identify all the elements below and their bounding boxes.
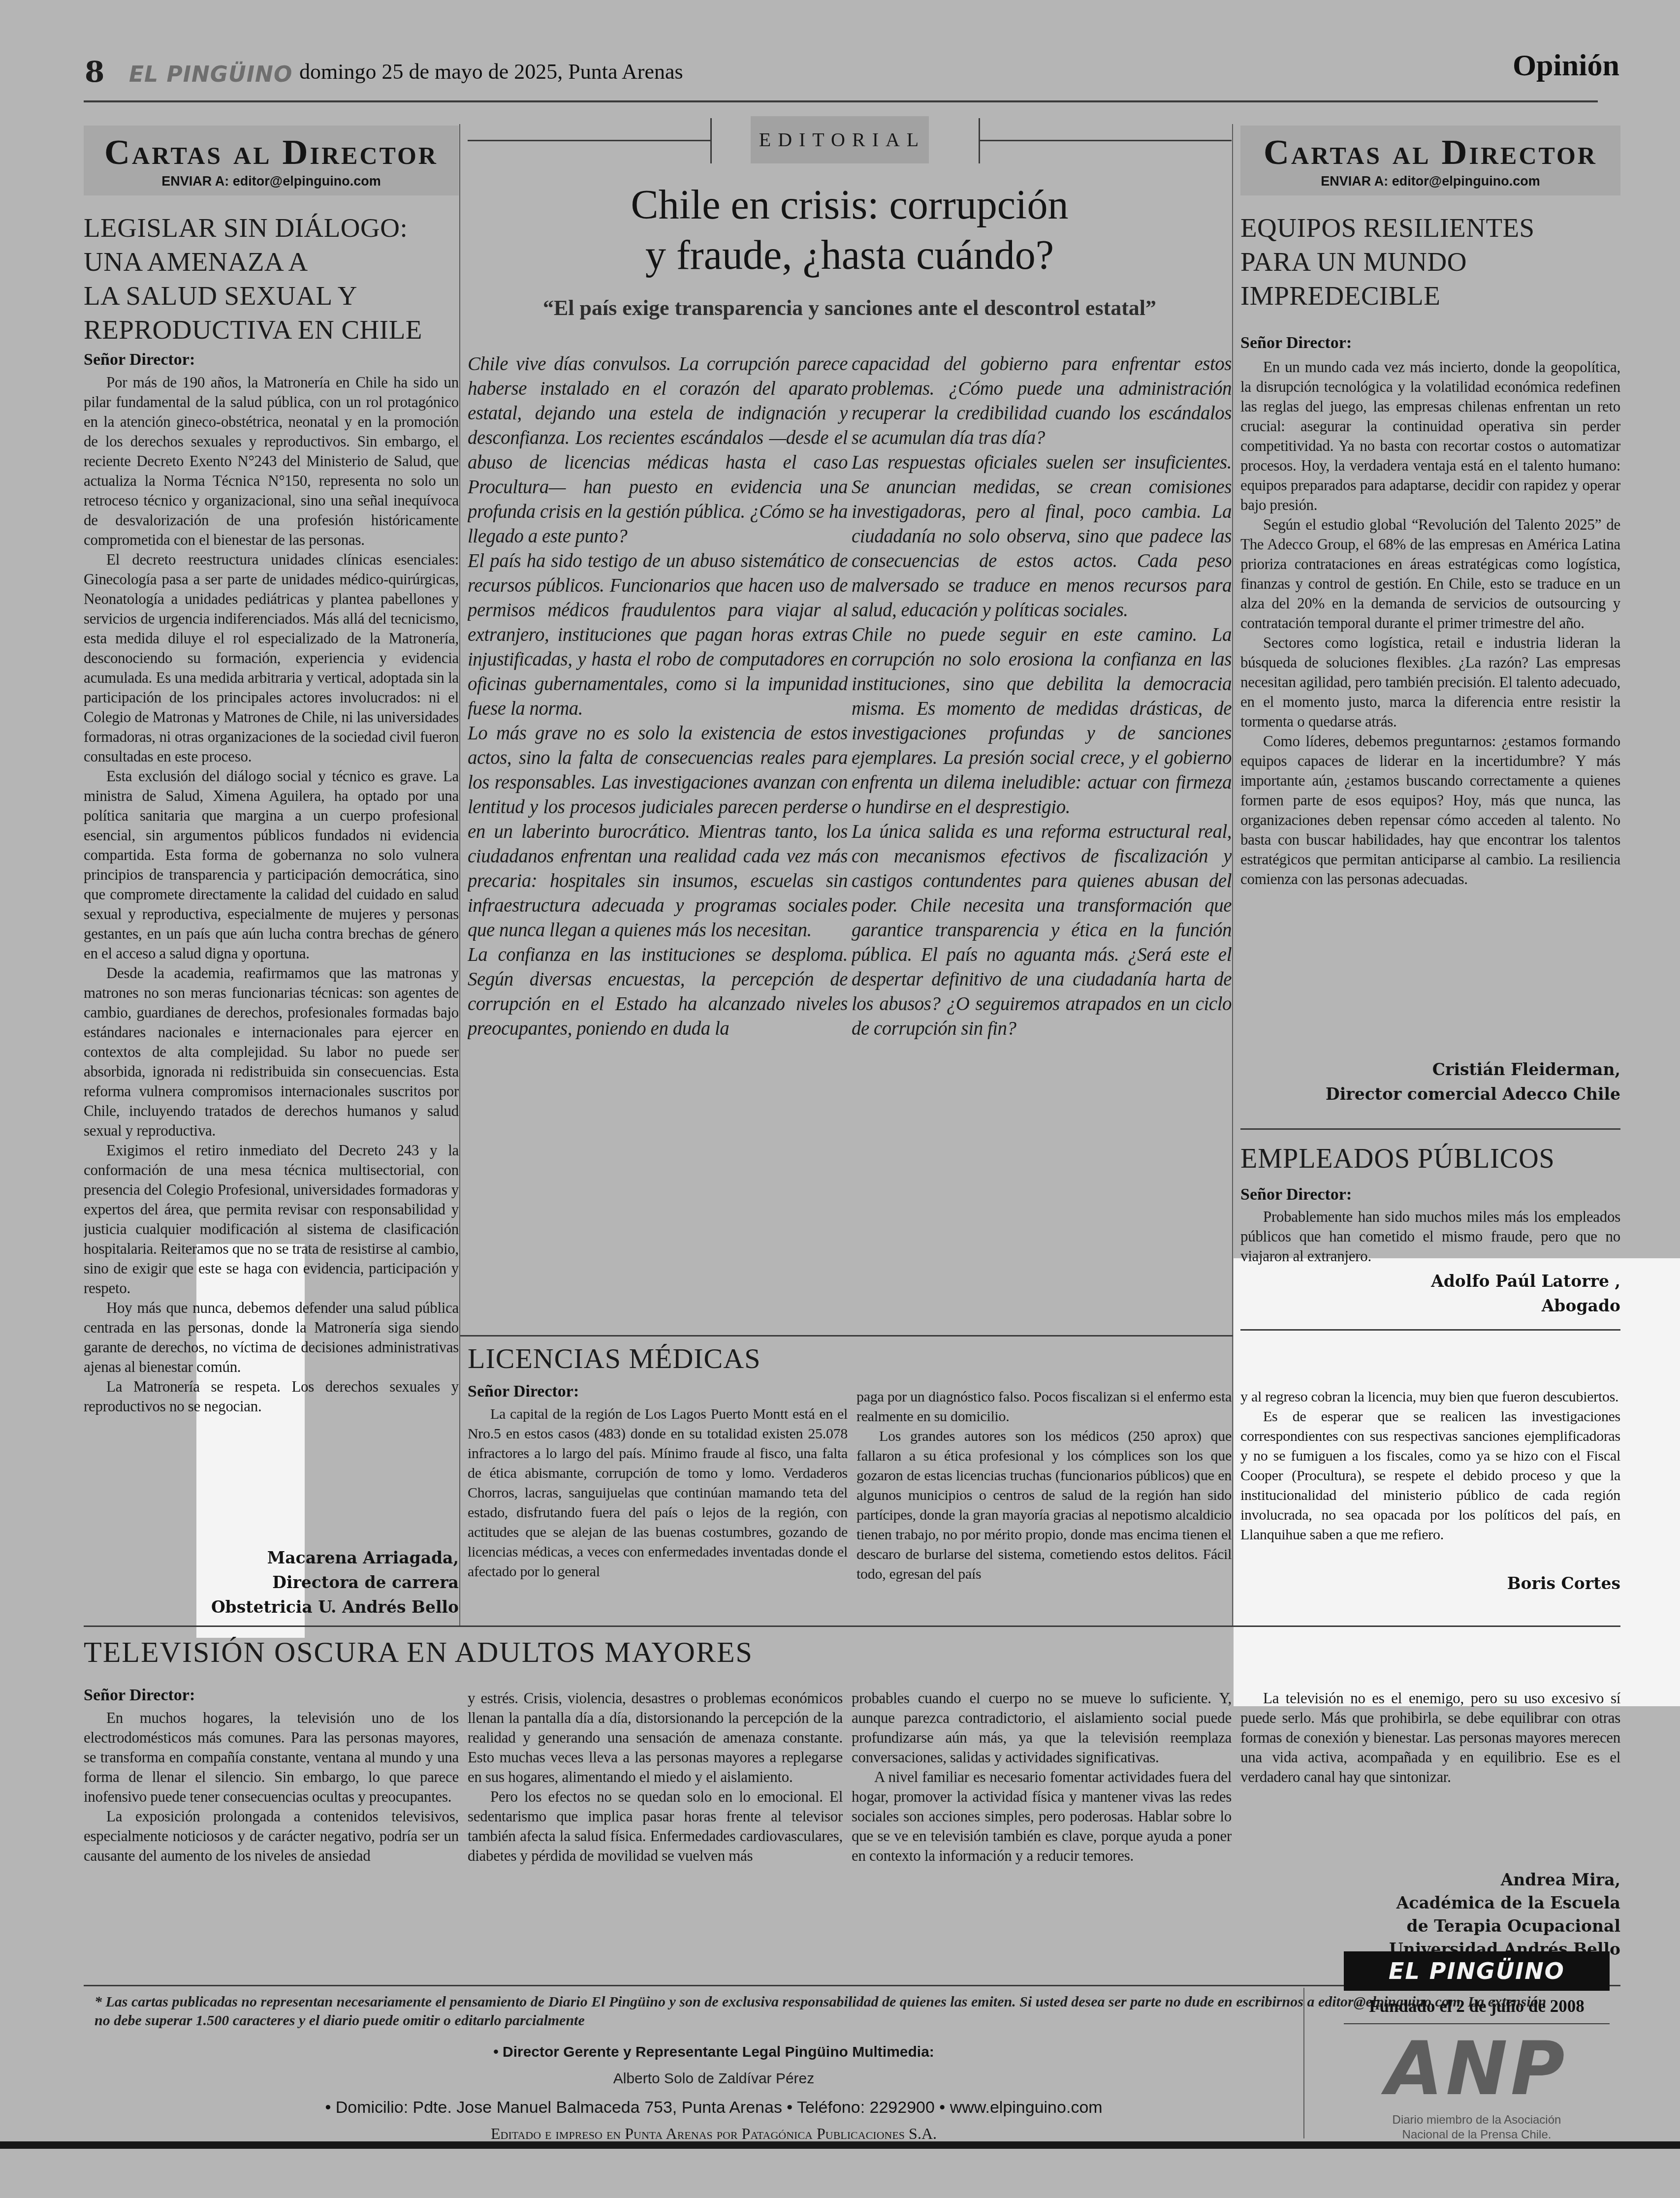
licencias-salutation: Señor Director:: [468, 1382, 579, 1401]
paragraph: Exigimos el retiro inmediato del Decreto…: [84, 1141, 459, 1298]
title-line: IMPREDECIBLE: [1240, 279, 1620, 313]
cartas-panel-left: Cartas al Director ENVIAR A: editor@elpi…: [84, 126, 459, 195]
cartas-title-right: Cartas al Director: [1240, 132, 1620, 172]
column-rule-right: [1232, 124, 1233, 1625]
paragraph: Chile no puede seguir en este camino. La…: [852, 623, 1232, 820]
newspaper-page: 8 EL PINGÜINO domingo 25 de mayo de 2025…: [0, 0, 1680, 2198]
television-column-4: La televisión no es el enemigo, pero su …: [1240, 1688, 1620, 1866]
cartas-title-left: Cartas al Director: [84, 132, 459, 172]
footer-divider: [1303, 1988, 1304, 2138]
licencias-column-1: La capital de la región de Los Lagos Pue…: [468, 1404, 848, 1617]
signature-line: Abogado: [1240, 1294, 1620, 1318]
left-letter-signature: Macarena Arriagada, Directora de carrera…: [84, 1546, 459, 1620]
licencias-column-2: paga por un diagnóstico falso. Pocos fis…: [856, 1387, 1232, 1617]
signature-line: Cristián Fleiderman,: [1240, 1057, 1620, 1082]
paragraph: capacidad del gobierno para enfrentar es…: [852, 352, 1232, 450]
licencias-column-3: y al regreso cobran la licencia, muy bie…: [1240, 1387, 1620, 1569]
paragraph: La Matronería se respeta. Los derechos s…: [84, 1377, 459, 1416]
paragraph: La televisión no es el enemigo, pero su …: [1240, 1688, 1620, 1787]
anp-caption: Diario miembro de la Asociación Nacional…: [1373, 2113, 1580, 2142]
title-line: UNA AMENAZA A: [84, 245, 459, 279]
television-salutation: Señor Director:: [84, 1686, 195, 1705]
editorial-title: Chile en crisis: corrupción y fraude, ¿h…: [468, 180, 1232, 281]
title-line: LEGISLAR SIN DIÁLOGO:: [84, 211, 459, 245]
right-letter-salutation: Señor Director:: [1240, 334, 1352, 352]
editorial-tick-right: [979, 118, 980, 163]
empleados-body: Probablemente han sido muchos miles más …: [1240, 1207, 1620, 1270]
anp-logo: ANP: [1344, 2027, 1610, 2111]
television-title: TELEVISIÓN OSCURA EN ADULTOS MAYORES: [84, 1635, 753, 1669]
empleados-signature: Adolfo Paúl Latorre , Abogado: [1240, 1269, 1620, 1318]
signature-line: Adolfo Paúl Latorre ,: [1240, 1269, 1620, 1294]
title-line: PARA UN MUNDO: [1240, 245, 1620, 279]
paragraph: Según el estudio global “Revolución del …: [1240, 515, 1620, 633]
section-title: Opinión: [1423, 48, 1619, 83]
cartas-panel-right: Cartas al Director ENVIAR A: editor@elpi…: [1240, 126, 1620, 195]
television-signature: Andrea Mira, Académica de la Escuela de …: [1240, 1868, 1620, 1961]
paragraph: Como líderes, debemos preguntarnos: ¿est…: [1240, 732, 1620, 889]
paragraph: Probablemente han sido muchos miles más …: [1240, 1207, 1620, 1266]
paragraph: Esta exclusión del diálogo social y técn…: [84, 766, 459, 963]
paragraph: y estrés. Crisis, violencia, desastres o…: [468, 1688, 843, 1787]
paragraph: Pero los efectos no se quedan solo en lo…: [468, 1787, 843, 1866]
empleados-bottom-rule: [1240, 1329, 1620, 1331]
paragraph: paga por un diagnóstico falso. Pocos fis…: [856, 1387, 1232, 1427]
television-column-3: probables cuando el cuerpo no se mueve l…: [852, 1688, 1232, 1963]
footer-disclaimer: * Las cartas publicadas no representan n…: [95, 1993, 1552, 2030]
footer-director-name: Alberto Solo de Zaldívar Pérez: [148, 2071, 1280, 2087]
editorial-flourish-left: [468, 140, 711, 141]
editorial-bottom-rule: [460, 1335, 1233, 1337]
paragraph: El decreto reestructura unidades clínica…: [84, 550, 459, 766]
paragraph: Desde la academia, reafirmamos que las m…: [84, 963, 459, 1141]
editorial-title-line: y fraude, ¿hasta cuándo?: [468, 230, 1232, 281]
paragraph: En muchos hogares, la televisión uno de …: [84, 1708, 459, 1807]
paragraph: La única salida es una reforma estructur…: [852, 820, 1232, 1041]
editorial-tick-left: [710, 118, 712, 163]
editorial-flourish-right: [980, 140, 1232, 141]
left-letter-salutation: Señor Director:: [84, 350, 195, 369]
left-letter-title: LEGISLAR SIN DIÁLOGO: UNA AMENAZA A LA S…: [84, 211, 459, 347]
paragraph: Chile vive días convulsos. La corrupción…: [468, 352, 848, 549]
licencias-signature: Boris Cortes: [1240, 1571, 1620, 1596]
paragraph: Las respuestas oficiales suelen ser insu…: [852, 450, 1232, 623]
empleados-salutation: Señor Director:: [1240, 1185, 1352, 1204]
licencias-title: LICENCIAS MÉDICAS: [468, 1342, 761, 1375]
signature-line: Académica de la Escuela: [1240, 1891, 1620, 1914]
paragraph: Lo más grave no es solo la existencia de…: [468, 721, 848, 943]
footer-bottom-bar: [0, 2141, 1680, 2149]
footer-printer-line-wrap: Editado e impreso en Punta Arenas por Pa…: [148, 2125, 1280, 2143]
right-letter-title: EQUIPOS RESILIENTES PARA UN MUNDO IMPRED…: [1240, 211, 1620, 313]
empleados-title: EMPLEADOS PÚBLICOS: [1240, 1143, 1555, 1175]
paragraph: Hoy más que nunca, debemos defender una …: [84, 1298, 459, 1377]
signature-line: Director comercial Adecco Chile: [1240, 1082, 1620, 1107]
paragraph: y al regreso cobran la licencia, muy bie…: [1240, 1387, 1620, 1407]
editorial-title-line: Chile en crisis: corrupción: [468, 180, 1232, 230]
signature-line: de Terapia Ocupacional: [1240, 1914, 1620, 1938]
letters-divider-rule: [1240, 1128, 1620, 1130]
header-date: domingo 25 de mayo de 2025, Punta Arenas: [299, 59, 683, 84]
paragraph: En un mundo cada vez más incierto, donde…: [1240, 357, 1620, 515]
footer-address-line: • Domicilio: Pdte. Jose Manuel Balmaceda…: [148, 2098, 1280, 2117]
brand-logo: EL PINGÜINO: [129, 62, 292, 87]
paragraph: La confianza en las instituciones se des…: [468, 943, 848, 1041]
editorial-column-1: Chile vive días convulsos. La corrupción…: [468, 352, 848, 1329]
footer-founded: Fundado el 2 de julio de 2008: [1344, 1997, 1610, 2016]
signature-line: Macarena Arriagada,: [84, 1546, 459, 1570]
page-number: 8: [85, 55, 104, 89]
header-rule: [84, 100, 1598, 102]
editorial-column-2: capacidad del gobierno para enfrentar es…: [852, 352, 1232, 1329]
title-line: REPRODUCTIVA EN CHILE: [84, 313, 459, 347]
cartas-send-right: ENVIAR A: editor@elpinguino.com: [1240, 174, 1620, 189]
footer-founded-rule: [1344, 2023, 1610, 2024]
left-letter-body: Por más de 190 años, la Matronería en Ch…: [84, 373, 459, 1547]
right-letter-body: En un mundo cada vez más incierto, donde…: [1240, 357, 1620, 1049]
paragraph: probables cuando el cuerpo no se mueve l…: [852, 1688, 1232, 1767]
column-rule-left: [459, 124, 460, 1625]
paragraph: A nivel familiar es necesario fomentar a…: [852, 1767, 1232, 1866]
paragraph: Sectores como logística, retail e indust…: [1240, 633, 1620, 732]
paragraph: Los grandes autores son los médicos (250…: [856, 1427, 1232, 1584]
paragraph: La exposición prolongada a contenidos te…: [84, 1807, 459, 1866]
television-top-rule: [84, 1625, 1620, 1627]
paragraph: Por más de 190 años, la Matronería en Ch…: [84, 373, 459, 550]
television-column-2: y estrés. Crisis, violencia, desastres o…: [468, 1688, 843, 1963]
title-line: LA SALUD SEXUAL Y: [84, 279, 459, 313]
footer-brand-logo: EL PINGÜINO: [1389, 1958, 1565, 1984]
signature-line: Andrea Mira,: [1240, 1868, 1620, 1891]
paragraph: Es de esperar que se realicen las invest…: [1240, 1407, 1620, 1545]
cartas-send-left: ENVIAR A: editor@elpinguino.com: [84, 174, 459, 189]
signature-line: Obstetricia U. Andrés Bello: [84, 1595, 459, 1620]
signature-line: Directora de carrera: [84, 1570, 459, 1595]
paragraph: La capital de la región de Los Lagos Pue…: [468, 1404, 848, 1582]
right-letter-signature: Cristián Fleiderman, Director comercial …: [1240, 1057, 1620, 1107]
editorial-subtitle: “El país exige transparencia y sanciones…: [468, 295, 1232, 321]
footer-director-line: • Director Gerente y Representante Legal…: [148, 2044, 1280, 2061]
title-line: EQUIPOS RESILIENTES: [1240, 211, 1620, 245]
footer-brand-box: EL PINGÜINO: [1344, 1951, 1610, 1991]
television-column-1: En muchos hogares, la televisión uno de …: [84, 1708, 459, 1963]
paragraph: El país ha sido testigo de un abuso sist…: [468, 549, 848, 721]
editorial-label: EDITORIAL: [751, 116, 929, 163]
